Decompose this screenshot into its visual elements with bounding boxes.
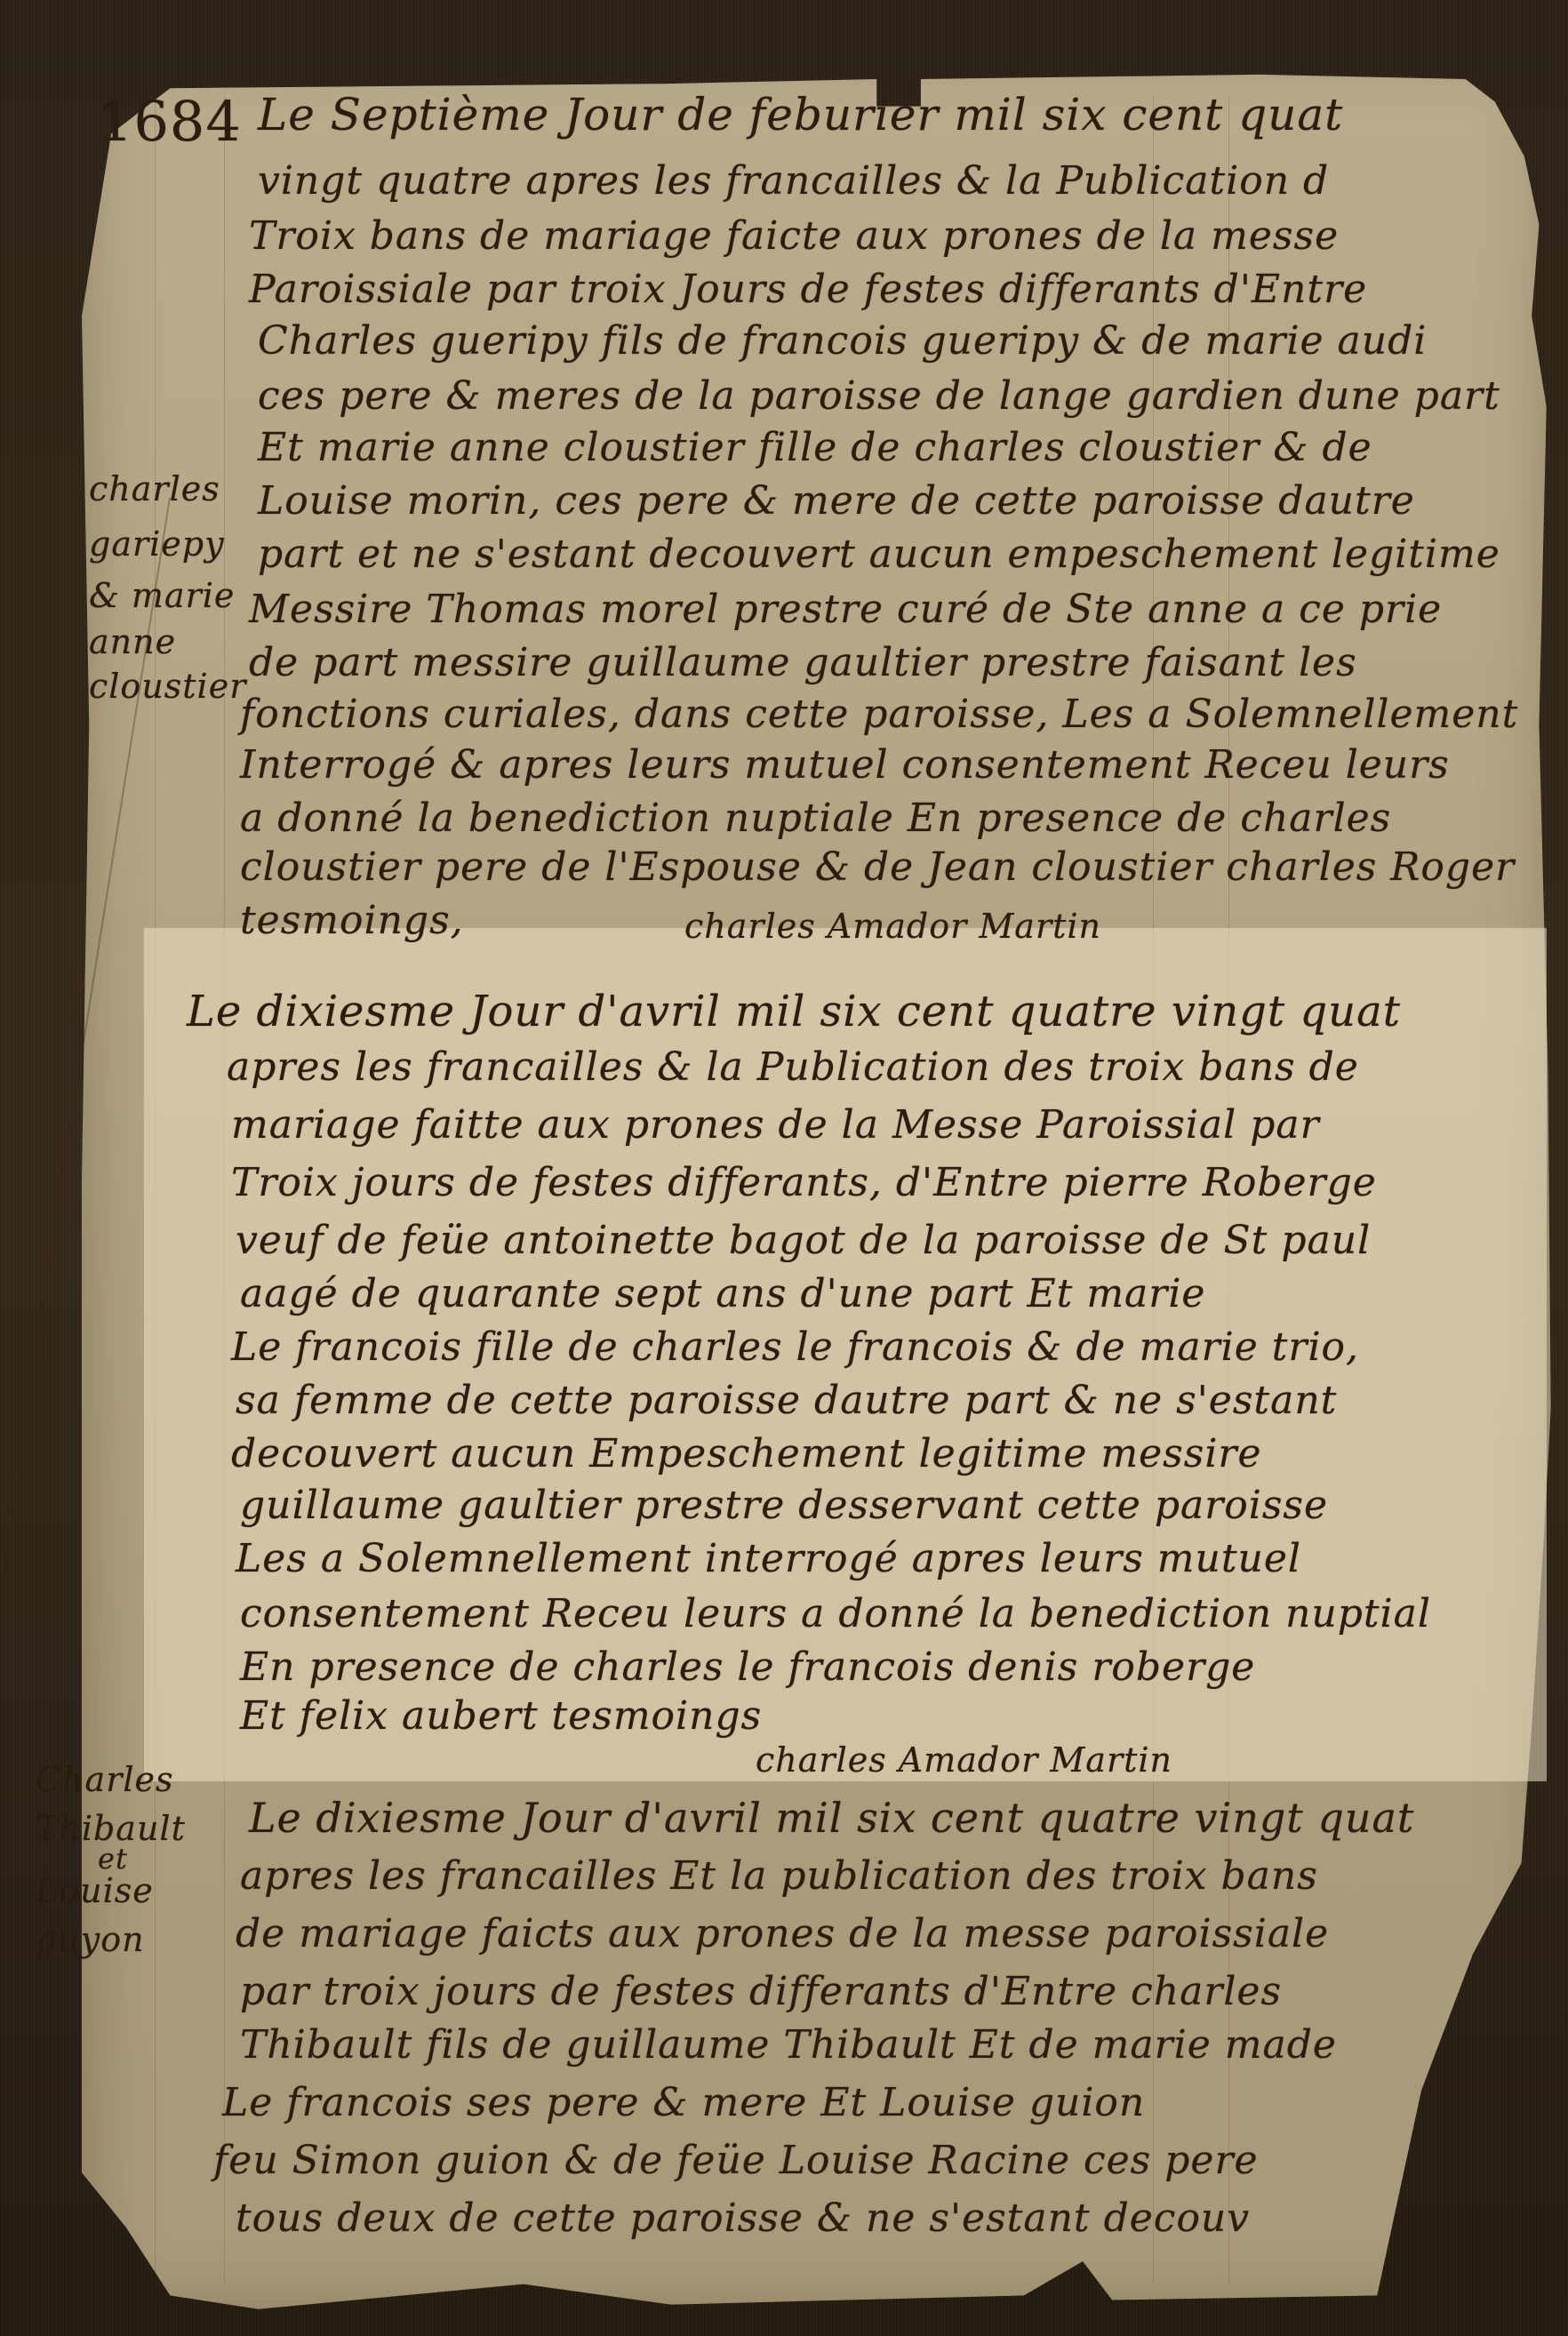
entry-line: apres les francailles Et la publication … (240, 1853, 1318, 1899)
entry-line: aagé de quarante sept ans d'une part Et … (240, 1271, 1205, 1316)
ruled-line (224, 96, 225, 2283)
entry-line: Interrogé & apres leurs mutuel consentem… (240, 742, 1450, 788)
entry-line: Charles gueripy fils de francois gueripy… (258, 318, 1427, 364)
entry-line: vingt quatre apres les francailles & la … (258, 158, 1329, 204)
entry-line: fonctions curiales, dans cette paroisse,… (240, 692, 1518, 737)
entry-line: guillaume gaultier prestre desservant ce… (240, 1483, 1328, 1528)
entry-line: veuf de feüe antoinette bagot de la paro… (236, 1218, 1371, 1263)
entry-line: Thibault fils de guillaume Thibault Et d… (240, 2022, 1337, 2068)
priest-signature: charles Amador Martin (756, 1740, 1172, 1780)
margin-note-line: cloustier (89, 667, 246, 706)
entry-line: tesmoings, (240, 898, 464, 943)
entry-line: Troix jours de festes differants, d'Entr… (231, 1160, 1377, 1205)
margin-note-line: anne (89, 622, 176, 661)
entry-line: Le Septième Jour de feburier mil six cen… (258, 89, 1343, 140)
margin-note-line: & marie (89, 576, 235, 615)
entry-line: de part messire guillaume gaultier prest… (249, 640, 1357, 685)
entry-line: En presence de charles le francois denis… (240, 1644, 1255, 1690)
entry-line: a donné la benediction nuptiale En prese… (240, 796, 1391, 841)
margin-note-line: guyon (36, 1920, 145, 1959)
entry-line: consentement Receu leurs a donné la bene… (240, 1591, 1431, 1636)
priest-signature: charles Amador Martin (684, 907, 1101, 946)
entry-line: tous deux de cette paroisse & ne s'estan… (236, 2196, 1250, 2241)
ruled-line (155, 96, 156, 2283)
entry-line: Les a Solemnellement interrogé apres leu… (236, 1536, 1301, 1581)
entry-line: sa femme de cette paroisse dautre part &… (236, 1378, 1337, 1423)
year-annotation: 1684 (98, 89, 242, 154)
entry-line: Le francois ses pere & mere Et Louise gu… (222, 2080, 1145, 2125)
entry-line: Le francois fille de charles le francois… (231, 1324, 1359, 1370)
entry-line: Et felix aubert tesmoings (240, 1693, 762, 1739)
entry-line: Louise morin, ces pere & mere de cette p… (258, 478, 1415, 524)
entry-line: ces pere & meres de la paroisse de lange… (258, 373, 1500, 419)
entry-line: apres les francailles & la Publication d… (227, 1044, 1359, 1090)
entry-line: de mariage faicts aux prones de la messe… (236, 1911, 1329, 1956)
margin-note-line: charles (89, 469, 220, 508)
entry-line: decouvert aucun Empeschement legitime me… (231, 1431, 1261, 1476)
margin-note-line: gariepy (89, 524, 225, 564)
margin-note-line: Louise (36, 1871, 154, 1910)
entry-line: Messire Thomas morel prestre curé de Ste… (249, 587, 1442, 632)
entry-line: feu Simon guion & de feüe Louise Racine … (213, 2138, 1259, 2183)
entry-line: Et marie anne cloustier fille de charles… (258, 425, 1372, 470)
entry-line: Le dixiesme Jour d'avril mil six cent qu… (187, 987, 1401, 1036)
entry-line: par troix jours de festes differants d'E… (240, 1969, 1282, 2014)
entry-line: mariage faitte aux prones de la Messe Pa… (231, 1102, 1320, 1148)
entry-line: Paroissiale par troix Jours de festes di… (249, 267, 1367, 312)
entry-line: cloustier pere de l'Espouse & de Jean cl… (240, 844, 1515, 890)
entry-line: part et ne s'estant decouvert aucun empe… (258, 532, 1500, 577)
margin-note-line: Charles (36, 1760, 174, 1799)
entry-line: Le dixiesme Jour d'avril mil six cent qu… (249, 1794, 1414, 1842)
entry-line: Troix bans de mariage faicte aux prones … (249, 213, 1339, 259)
